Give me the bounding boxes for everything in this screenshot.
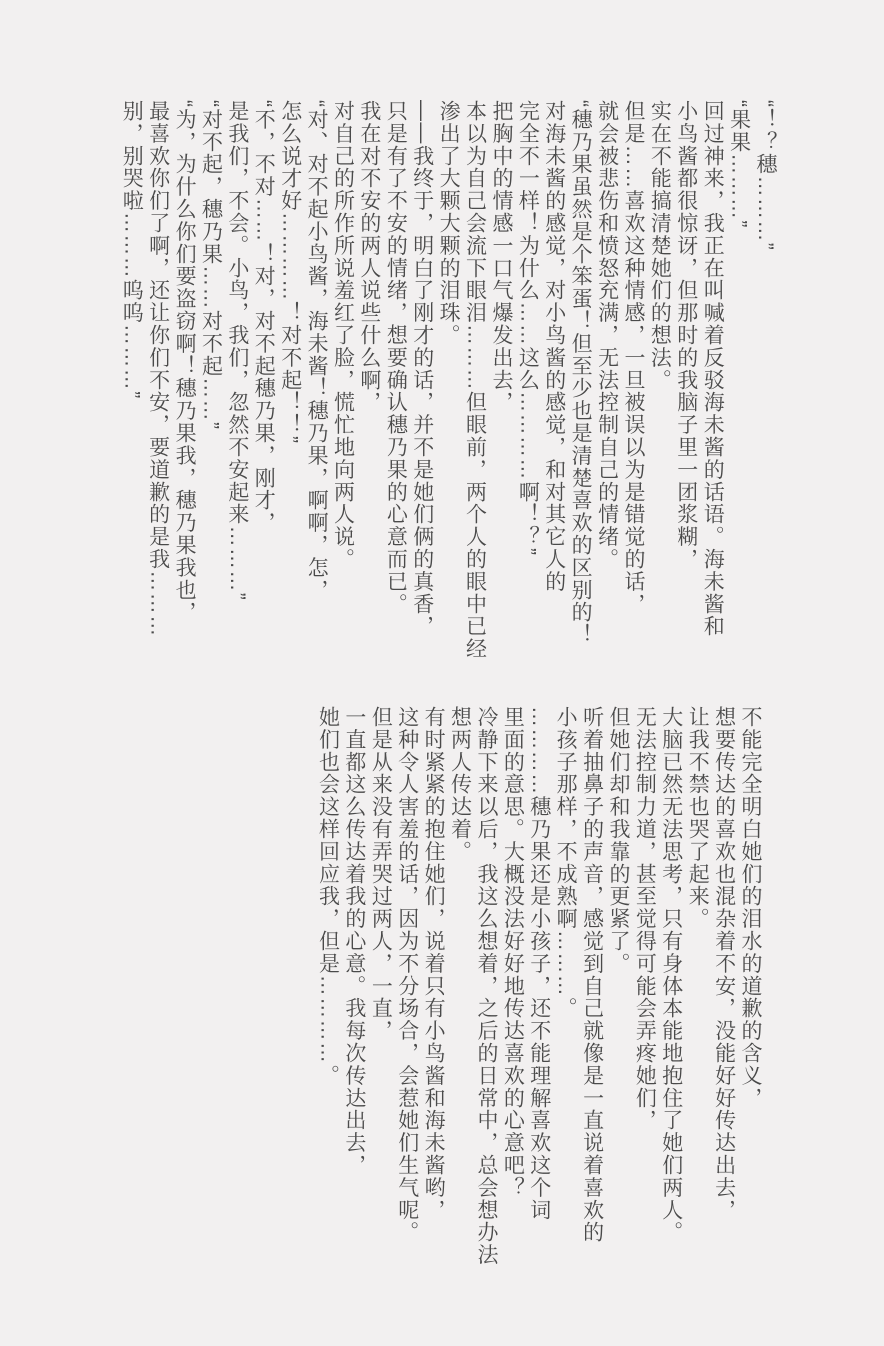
text-line: 最喜欢你们了啊，还让你们不安，要道歉的是我………	[144, 100, 170, 660]
text-line: 想要传达的喜欢也混杂着不安，没能好好传达出去，	[710, 706, 736, 1254]
document-page: “！？穗………”“果果………”回过神来，我正在叫喊着反驳海未酱的话语。海未酱和小…	[0, 0, 884, 1346]
text-line: 实在不能搞清楚她们的想法。	[646, 100, 672, 660]
text-line: 完全不一样！为什么……这么…………啊！？”	[514, 100, 540, 660]
text-line: 听着抽鼻子的声音，感觉到自己就像是一直说着喜欢的	[578, 706, 604, 1254]
text-line: 我在对不安的两人说些什么啊，	[356, 100, 382, 660]
page: { "page": { "background_color": "#f2f0f0…	[0, 0, 884, 1346]
text-line: 别，别哭啦………呜呜………”	[118, 100, 144, 660]
vertical-text-block-dialogue: “！？穗………”“果果………”回过神来，我正在叫喊着反驳海未酱的话语。海未酱和小…	[118, 100, 778, 660]
text-line: “为，为什么你们要盗窃啊！穗乃果我，穗乃果我也，	[171, 100, 197, 660]
text-line: 是我们，不会。小鸟，我们，忽然不安起来………”	[223, 100, 249, 660]
text-line: 对海未酱的感觉，对小鸟酱的感觉，和对其它人的	[540, 100, 566, 660]
text-line: 但她们却和我靠的更紧了。	[605, 706, 631, 1254]
text-line: 本以为自己会流下眼泪………但眼前，两个人的眼中已经	[461, 100, 487, 660]
text-line: “不，不对……！对，对不起穗乃果，刚才，	[250, 100, 276, 660]
text-line: “果果………”	[725, 100, 751, 660]
text-line: 小鸟酱都很惊讶，但那时的我脑子里一团浆糊，	[672, 100, 698, 660]
text-line: 对自己的所作所说羞红了脸，慌忙地向两人说。	[329, 100, 355, 660]
text-line: 但是……喜欢这种情感，一旦被误以为是错觉的话，	[620, 100, 646, 660]
text-line: 一直都这么传达着我的心意。我每次传达出去，	[341, 706, 367, 1254]
text-line: “对不起，穗乃果……对不起……”	[197, 100, 223, 660]
text-line: 这种令人害羞的话，因为不分场合，会惹她们生气呢。	[393, 706, 419, 1254]
text-line: 回过神来，我正在叫喊着反驳海未酱的话语。海未酱和	[699, 100, 725, 660]
text-line: 有时紧紧的抱住她们，说着只有小鸟酱和海未酱哟，	[420, 706, 446, 1254]
text-line: 想两人传达着。	[446, 706, 472, 1254]
text-line: 不能完全明白她们的泪水的道歉的含义，	[737, 706, 763, 1254]
text-line: “对、对不起小鸟酱，海未酱！穗乃果，啊啊，怎，	[303, 100, 329, 660]
text-line: 但是从来没有弄哭过两人，一直，	[367, 706, 393, 1254]
text-line: 让我不禁也哭了起来。	[684, 706, 710, 1254]
text-line: 无法控制力道，甚至觉得可能会弄疼她们，	[631, 706, 657, 1254]
text-line: 里面的意思。大概没法好好地传达喜欢的心意吧？	[499, 706, 525, 1254]
text-line: 小孩子那样，不成熟啊………。	[552, 706, 578, 1254]
text-line: 只是有了不安的情绪，想要确认穗乃果的心意而已。	[382, 100, 408, 660]
vertical-text-block-aftermath: 不能完全明白她们的泪水的道歉的含义，想要传达的喜欢也混杂着不安，没能好好传达出去…	[314, 706, 763, 1254]
text-line: “！？穗………”	[752, 100, 778, 660]
text-line: 把胸中的情感一口气爆发出去，	[488, 100, 514, 660]
text-line: 她们也会这样回应我，但是…………。	[314, 706, 340, 1254]
text-line: 就会被悲伤和愤怒充满，无法控制自己的情绪。	[593, 100, 619, 660]
text-line: 渗出了大颗大颗的泪珠。	[435, 100, 461, 660]
text-line: ——我终于，明白了刚才的话，并不是她们俩的真香，	[408, 100, 434, 660]
text-line: 怎么说才好…………！对不起！！”	[276, 100, 302, 660]
text-line: “穗乃果虽然是个笨蛋！但至少也是清楚喜欢的区别的！	[567, 100, 593, 660]
text-line: 冷静下来以后，我这么想着，之后的日常中，总会想办法	[473, 706, 499, 1254]
text-line: 大脑已然无法思考，只有身体本能地抱住了她们两人。	[657, 706, 683, 1254]
text-line: …………穗乃果还是小孩子，还不能理解喜欢这个词	[525, 706, 551, 1254]
